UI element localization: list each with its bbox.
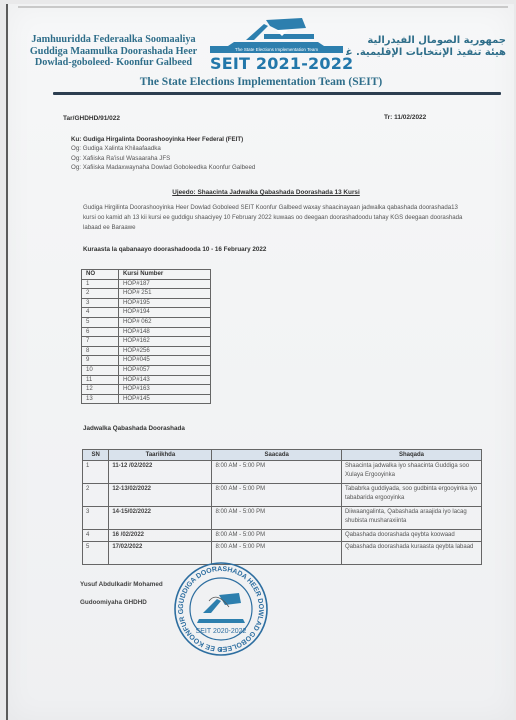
addressees: Ku: Gudiga Hirgalinta Doorashooyinka Hee…: [71, 135, 255, 173]
seat-number: HOP#187: [119, 279, 211, 289]
header-arabic-title: جمهورية الصومال الفيدرالية هيئة تنفيذ ال…: [346, 35, 506, 59]
table-row: 416 /02/20228:00 AM - 5:00 PMQabashada d…: [83, 530, 482, 542]
row-number: 1: [82, 279, 119, 289]
schedule-time: 8:00 AM - 5:00 PM: [212, 461, 341, 484]
table-row: 11HOP#143: [82, 375, 211, 385]
table-row: 5HOP# 062: [82, 317, 211, 327]
seat-number: HOP#045: [119, 356, 211, 366]
header-right-line: جمهورية الصومال الفيدرالية: [346, 35, 506, 47]
schedule-date: 11-12 /02/2022: [109, 461, 212, 484]
addressee-cc: Og: Xafiiska Madaxwaynaha Dowlad Gobolee…: [71, 163, 255, 172]
serial-number: 3: [83, 507, 109, 530]
table-header-row: NO Kursi Number: [82, 270, 211, 280]
seat-number: HOP# 062: [119, 317, 211, 327]
document-page: Jamhuuridda Federaalka Soomaaliya Guddig…: [6, 4, 514, 720]
header-somali-title: Jamhuuridda Federaalka Soomaaliya Guddig…: [26, 34, 201, 69]
row-number: 12: [82, 385, 119, 395]
row-number: 13: [82, 394, 119, 404]
row-number: 11: [82, 375, 119, 385]
serial-number: 5: [83, 542, 109, 565]
svg-text:★: ★: [218, 647, 223, 654]
schedule-task: Qabashada doorashada qeybta koowaad: [341, 530, 481, 542]
table-header-row: SN Taariikhda Saacada Shaqada: [83, 450, 482, 461]
addressee-to: Ku: Gudiga Hirgalinta Doorashooyinka Hee…: [71, 135, 255, 144]
schedule-table: SN Taariikhda Saacada Shaqada 111-12 /02…: [82, 449, 482, 565]
letter-date: Tr: 11/02/2022: [384, 114, 426, 121]
table-row: 2HOP# 251: [82, 289, 211, 299]
seat-number: HOP#162: [119, 337, 211, 347]
seat-number: HOP#143: [119, 375, 211, 385]
row-number: 4: [82, 308, 119, 318]
schedule-date: 16 /02/2022: [109, 530, 212, 542]
svg-text:SEIT 2020-2022: SEIT 2020-2022: [196, 628, 247, 635]
header-left-line: Dowlad-goboleed- Koonfur Galbeed: [26, 57, 201, 69]
row-number: 7: [82, 337, 119, 347]
table-row: 6HOP#148: [82, 327, 211, 337]
column-header: Kursi Number: [119, 270, 211, 280]
column-header: Shaqada: [341, 450, 481, 461]
table-row: 12HOP#163: [82, 385, 211, 395]
seat-number: HOP#195: [119, 298, 211, 308]
addressee-cc: Og: Xafiiska Ra'isul Wasaaraha JFS: [71, 154, 255, 163]
row-number: 6: [82, 327, 119, 337]
column-header: Saacada: [212, 450, 341, 461]
signatory-title: Gudoomiyaha GHDHD: [80, 599, 147, 606]
seat-number: HOP#256: [119, 346, 211, 356]
schedule-task: Tababrka guddiyada, soo gudbinta ergooyi…: [341, 484, 481, 507]
schedule-date: 12-13/02/2022: [109, 484, 212, 507]
seat-number: HOP#194: [119, 308, 211, 318]
table-row: 1HOP#187: [82, 279, 211, 289]
header-left-line: Jamhuuridda Federaalka Soomaaliya: [26, 34, 201, 46]
table-row: 314-15/02/20228:00 AM - 5:00 PMDiiwaanga…: [83, 507, 482, 530]
header-divider: [53, 92, 501, 95]
seat-number: HOP#145: [119, 394, 211, 404]
seit-logo: The State Elections Implementation Team …: [206, 16, 346, 72]
table-row: 8HOP#256: [82, 346, 211, 356]
table-row: 7HOP#162: [82, 337, 211, 347]
letter-body: Gudiga Hirgilinta Doorashooyinka Heer Do…: [83, 203, 463, 233]
row-number: 5: [82, 317, 119, 327]
schedule-time: 8:00 AM - 5:00 PM: [212, 484, 341, 507]
signatory-name: Yusuf Abdulkadir Mohamed: [80, 581, 163, 588]
column-header: SN: [83, 450, 109, 461]
schedule-time: 8:00 AM - 5:00 PM: [212, 507, 341, 530]
table-row: 3HOP#195: [82, 298, 211, 308]
header-subtitle: The State Elections Implementation Team …: [8, 76, 514, 88]
table-row: 13HOP#145: [82, 394, 211, 404]
reference-number: Tar/GHDHD/91/022: [63, 115, 120, 122]
table-row: 10HOP#057: [82, 365, 211, 375]
logo-banner: The State Elections Implementation Team: [210, 46, 343, 53]
serial-number: 2: [83, 484, 109, 507]
schedule-task: Diiwaangalinta, Qabashada araajida iyo l…: [341, 507, 481, 530]
column-header: Taariikhda: [109, 450, 212, 461]
logo-title: SEIT 2021-2022: [210, 54, 344, 73]
table-row: 4HOP#194: [82, 308, 211, 318]
column-header: NO: [82, 270, 119, 280]
seats-heading: Kuraasta la qabanaayo doorashadooda 10 -…: [83, 246, 266, 253]
schedule-time: 8:00 AM - 5:00 PM: [212, 530, 341, 542]
row-number: 2: [82, 289, 119, 299]
seat-number: HOP#057: [119, 365, 211, 375]
letter-subject: Ujeedo: Shaacinta Jadwalka Qabashada Doo…: [8, 189, 516, 196]
schedule-task: Shaacinta jadwalka iyo shaacinta Guddiga…: [341, 461, 481, 484]
table-row: 212-13/02/20228:00 AM - 5:00 PMTababrka …: [83, 484, 482, 507]
row-number: 10: [82, 365, 119, 375]
top-edge-line: [18, 6, 508, 8]
addressee-cc: Og: Gudiga Xalinta Khilaafaadka: [71, 144, 255, 153]
header-left-line: Guddiga Maamulka Doorashada Heer: [26, 46, 201, 58]
schedule-date: 14-15/02/2022: [109, 507, 212, 530]
schedule-task: Qabashada doorashada kuraasta qeybta lab…: [341, 542, 481, 565]
table-row: 517/02/20228:00 AM - 5:00 PMQabashada do…: [83, 542, 482, 565]
table-row: 111-12 /02/20228:00 AM - 5:00 PMShaacint…: [83, 461, 482, 484]
official-stamp-icon: GUDDIGA DOORASHADA HEER DOWLAD GOBOLEED …: [173, 561, 269, 657]
serial-number: 4: [83, 530, 109, 542]
row-number: 8: [82, 346, 119, 356]
serial-number: 1: [83, 461, 109, 484]
seat-number: HOP# 251: [119, 289, 211, 299]
table-row: 9HOP#045: [82, 356, 211, 366]
row-number: 3: [82, 298, 119, 308]
seat-number: HOP#148: [119, 327, 211, 337]
schedule-heading: Jadwalka Qabashada Doorashada: [83, 425, 185, 432]
seat-number: HOP#163: [119, 385, 211, 395]
header-right-line: هيئة تنفيذ الإنتخابات الإقليمية. غرب الج…: [346, 47, 506, 59]
seats-table: NO Kursi Number 1HOP#1872HOP# 2513HOP#19…: [81, 269, 211, 404]
ballot-box-hand-icon: [206, 16, 346, 48]
row-number: 9: [82, 356, 119, 366]
